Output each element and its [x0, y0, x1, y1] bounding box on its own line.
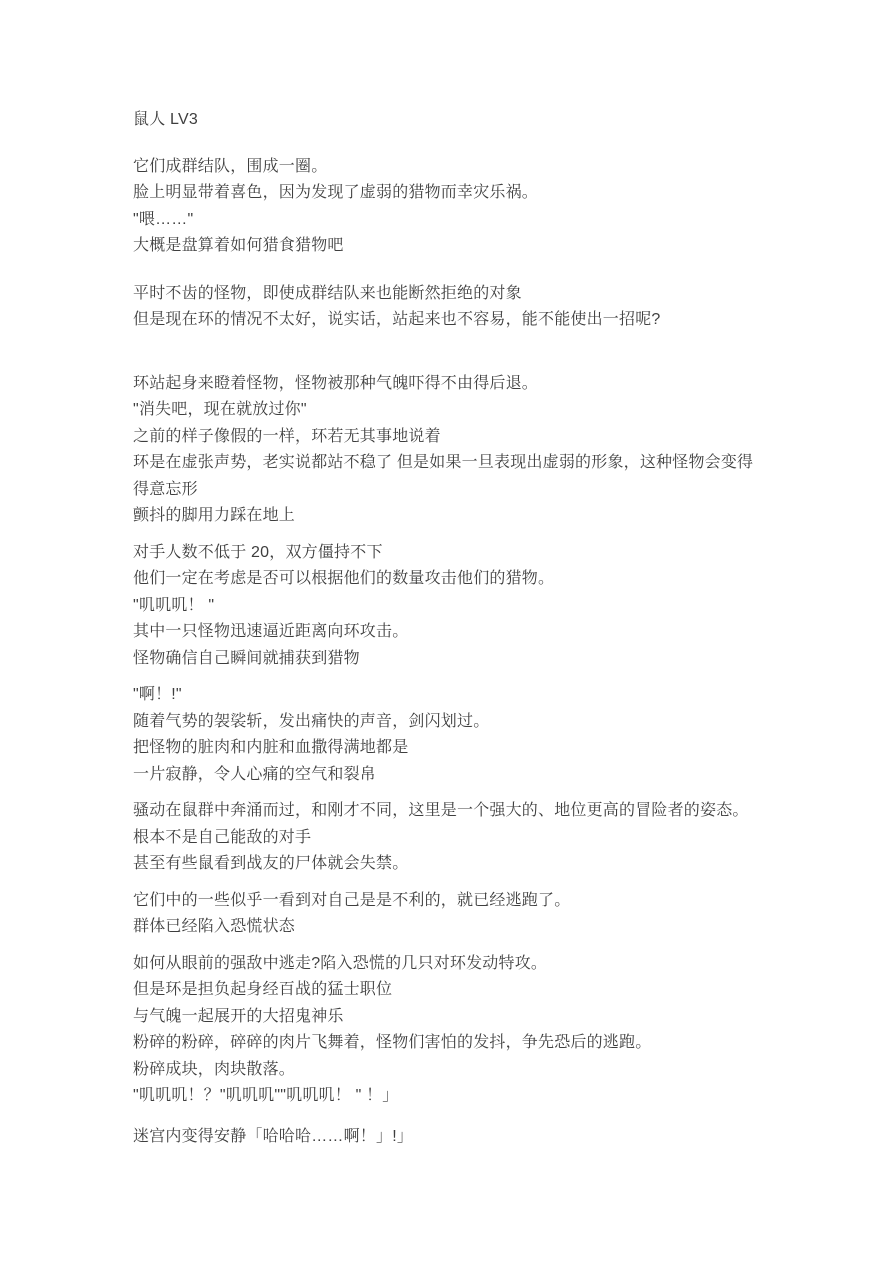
text-line: 骚动在鼠群中奔涌而过，和刚才不同，这里是一个强大的、地位更高的冒险者的姿态。	[133, 798, 765, 825]
text-line: 他们一定在考虑是否可以根据他们的数量攻击他们的猎物。	[133, 566, 765, 593]
text-line: 环是在虚张声势，老实说都站不稳了 但是如果一旦表现出虚弱的形象，这种怪物会变得得…	[133, 450, 765, 503]
paragraph: 平时不齿的怪物，即使成群结队来也能断然拒绝的对象 但是现在环的情况不太好，说实话…	[133, 281, 765, 334]
text-line: "叽叽叽！？"叽叽叽""叽叽叽！ " ！」	[133, 1083, 765, 1110]
text-line: "啊！!"	[133, 682, 765, 709]
text-line: 群体已经陷入恐慌状态	[133, 914, 765, 941]
text-line: 与气魄一起展开的大招鬼神乐	[133, 1004, 765, 1031]
text-line: "消失吧，现在就放过你"	[133, 397, 765, 424]
text-line: 对手人数不低于 20，双方僵持不下	[133, 540, 765, 567]
chapter-content: 鼠人 LV3 它们成群结队，围成一圈。 脸上明显带着喜色，因为发现了虚弱的猎物而…	[133, 107, 765, 1150]
text-line: "叽叽叽！ "	[133, 593, 765, 620]
paragraph: 迷宫内变得安静「哈哈哈……啊！」!」	[133, 1124, 765, 1151]
text-line: 它们中的一些似乎一看到对自己是是不利的，就已经逃跑了。	[133, 888, 765, 915]
text-line: 环站起身来瞪着怪物，怪物被那种气魄吓得不由得后退。	[133, 371, 765, 398]
paragraph: 它们成群结队，围成一圈。 脸上明显带着喜色，因为发现了虚弱的猎物而幸灾乐祸。 "…	[133, 154, 765, 260]
text-line: 把怪物的脏肉和内脏和血撒得满地都是	[133, 735, 765, 762]
text-line: 其中一只怪物迅速逼近距离向环攻击。	[133, 619, 765, 646]
text-line: 它们成群结队，围成一圈。	[133, 154, 765, 181]
text-line: 大概是盘算着如何猎食猎物吧	[133, 233, 765, 260]
text-line: 粉碎的粉碎，碎碎的肉片飞舞着，怪物们害怕的发抖，争先恐后的逃跑。	[133, 1030, 765, 1057]
paragraph: 它们中的一些似乎一看到对自己是是不利的，就已经逃跑了。 群体已经陷入恐慌状态	[133, 888, 765, 941]
text-line: 一片寂静，令人心痛的空气和裂帛	[133, 762, 765, 789]
text-line: "喂……"	[133, 207, 765, 234]
paragraph: 环站起身来瞪着怪物，怪物被那种气魄吓得不由得后退。 "消失吧，现在就放过你" 之…	[133, 371, 765, 530]
text-line: 怪物确信自己瞬间就捕获到猎物	[133, 646, 765, 673]
text-line: 平时不齿的怪物，即使成群结队来也能断然拒绝的对象	[133, 281, 765, 308]
text-line: 随着气势的袈裟斩，发出痛快的声音，剑闪划过。	[133, 709, 765, 736]
novel-page: 鼠人 LV3 它们成群结队，围成一圈。 脸上明显带着喜色，因为发现了虚弱的猎物而…	[0, 0, 892, 1262]
text-line: 根本不是自己能敌的对手	[133, 825, 765, 852]
text-line: 如何从眼前的强敌中逃走?陷入恐慌的几只对环发动特攻。	[133, 951, 765, 978]
text-line: 脸上明显带着喜色，因为发现了虚弱的猎物而幸灾乐祸。	[133, 180, 765, 207]
paragraph: 如何从眼前的强敌中逃走?陷入恐慌的几只对环发动特攻。 但是环是担负起身经百战的猛…	[133, 951, 765, 1110]
text-line: 颤抖的脚用力踩在地上	[133, 503, 765, 530]
text-line: 但是现在环的情况不太好，说实话，站起来也不容易，能不能使出一招呢?	[133, 307, 765, 334]
text-line: 甚至有些鼠看到战友的尸体就会失禁。	[133, 851, 765, 878]
text-line: 迷宫内变得安静「哈哈哈……啊！」!」	[133, 1124, 765, 1151]
text-line: 之前的样子像假的一样，环若无其事地说着	[133, 424, 765, 451]
text-line: 粉碎成块，肉块散落。	[133, 1057, 765, 1084]
text-line: 但是环是担负起身经百战的猛士职位	[133, 977, 765, 1004]
chapter-title: 鼠人 LV3	[133, 107, 765, 134]
paragraph: "啊！!" 随着气势的袈裟斩，发出痛快的声音，剑闪划过。 把怪物的脏肉和内脏和血…	[133, 682, 765, 788]
paragraph: 对手人数不低于 20，双方僵持不下 他们一定在考虑是否可以根据他们的数量攻击他们…	[133, 540, 765, 673]
paragraph: 骚动在鼠群中奔涌而过，和刚才不同，这里是一个强大的、地位更高的冒险者的姿态。 根…	[133, 798, 765, 878]
